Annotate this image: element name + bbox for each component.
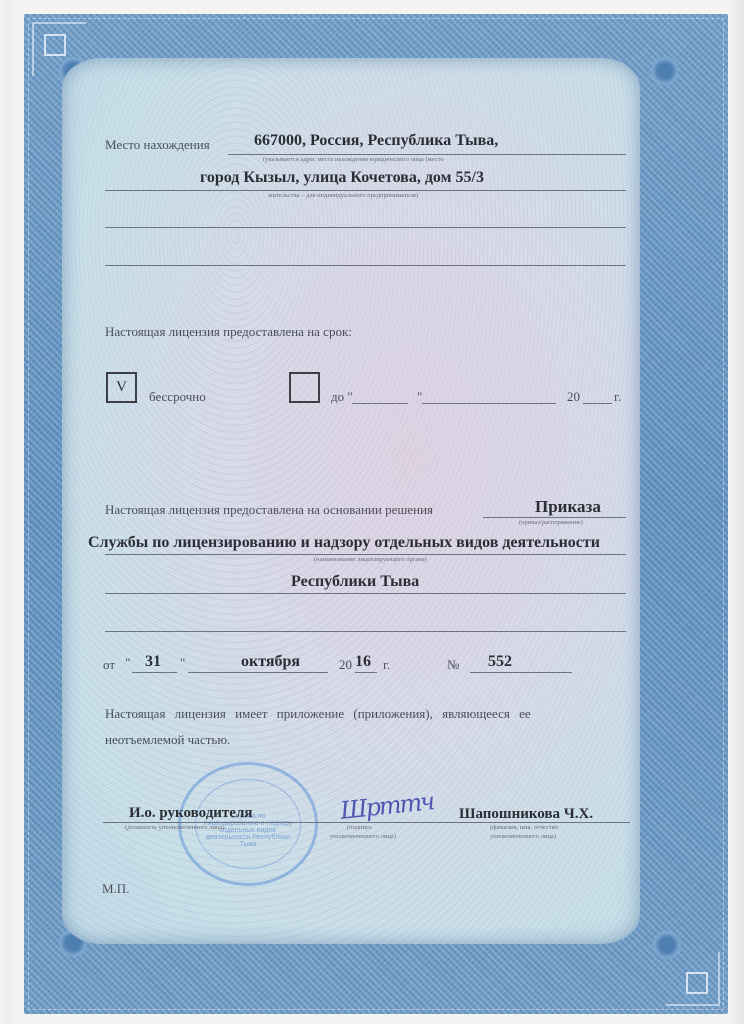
corner-ornament-bottom-right — [666, 952, 720, 1006]
check-mark: V — [116, 379, 127, 396]
decision-type-hint: (приказ/распоряжение) — [519, 519, 583, 526]
signatory-name: Шапошникова Ч.Х. — [459, 806, 593, 823]
rosette-ornament — [652, 930, 682, 960]
authority-name-2: Республики Тыва — [291, 573, 419, 591]
year-line — [355, 672, 377, 673]
date-quote-open: " — [125, 655, 130, 671]
basis-label: Настоящая лицензия предоставлена на осно… — [105, 502, 433, 518]
authority-line-2 — [105, 593, 626, 594]
address-value-2: город Кызыл, улица Кочетова, дом 55/3 — [200, 169, 484, 187]
until-month-line[interactable] — [422, 403, 556, 404]
name-hint-2: уполномоченного лица) — [490, 833, 556, 840]
signature-hint-1: (подпись — [347, 824, 372, 831]
signature-hint-2: уполномоченного лица) — [330, 833, 396, 840]
date-year: 16 — [355, 653, 371, 671]
date-quote-close: " — [180, 655, 185, 671]
authority-hint: (наименование лицензирующего органа) — [314, 556, 427, 563]
address-label: Место нахождения — [105, 137, 210, 153]
rosette-ornament — [650, 56, 680, 86]
authority-line-1 — [105, 554, 626, 555]
day-line — [132, 672, 177, 673]
month-line — [188, 672, 328, 673]
number-line — [470, 672, 572, 673]
name-hint-1: (фамилия, имя, отчество — [490, 824, 558, 831]
until-day-line[interactable] — [352, 403, 408, 404]
until-year-prefix: 20 — [567, 389, 580, 405]
date-year-suffix: г. — [383, 657, 390, 673]
seal-place-label: М.П. — [102, 881, 129, 897]
until-year-line[interactable] — [583, 403, 612, 404]
signatory-position: И.о. руководителя — [129, 805, 253, 822]
order-number: 552 — [488, 653, 512, 671]
authority-name-1: Службы по лицензированию и надзору отдел… — [88, 534, 600, 552]
address-hint-2: жительства – для индивидуального предпри… — [268, 192, 418, 199]
date-year-prefix: 20 — [339, 657, 352, 673]
term-label: Настоящая лицензия предоставлена на срок… — [105, 324, 352, 340]
address-line-1 — [228, 154, 626, 155]
unlimited-label: бессрочно — [149, 389, 206, 405]
blank-line — [105, 265, 626, 266]
appendix-note-line-2: неотъемлемой частью. — [105, 732, 230, 748]
document-page: Место нахождения 667000, Россия, Республ… — [0, 0, 744, 1024]
until-prefix: до " — [331, 389, 353, 405]
address-line-2 — [105, 190, 626, 191]
blank-line — [105, 631, 626, 632]
position-hint: (должность уполномоченного лица) — [125, 824, 225, 831]
date-day: 31 — [145, 653, 161, 671]
date-month: октября — [241, 653, 300, 671]
blank-line — [105, 227, 626, 228]
checkbox-unlimited[interactable]: V — [106, 372, 137, 403]
appendix-note-line-1: Настоящая лицензия имеет приложение (при… — [105, 706, 531, 722]
decision-type-line — [483, 517, 626, 518]
decision-type-value: Приказа — [535, 497, 601, 517]
date-prefix: от — [103, 657, 115, 673]
number-label: № — [447, 657, 459, 673]
checkbox-until-date[interactable] — [289, 372, 320, 403]
address-value-1: 667000, Россия, Республика Тыва, — [254, 132, 498, 150]
address-hint-1: (указывается адрес места нахождения юрид… — [263, 156, 444, 163]
until-year-suffix: г. — [614, 389, 621, 405]
